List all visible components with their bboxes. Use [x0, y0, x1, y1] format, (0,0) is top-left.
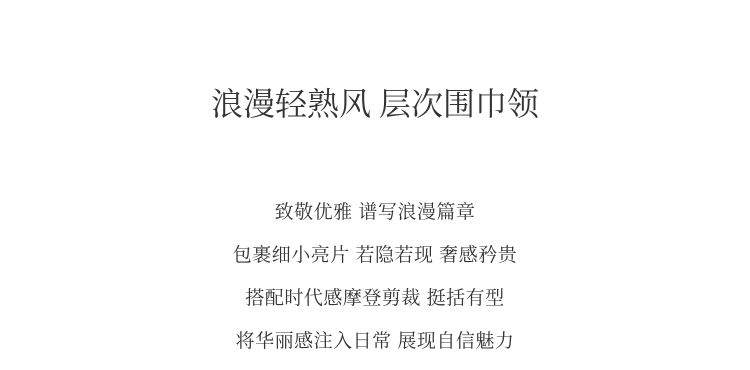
description-line: 致敬优雅 谱写浪漫篇章: [0, 191, 750, 234]
product-headline: 浪漫轻熟风 层次围巾领: [0, 84, 750, 124]
description-line: 搭配时代感摩登剪裁 挺括有型: [0, 277, 750, 320]
product-description-block: 致敬优雅 谱写浪漫篇章 包裹细小亮片 若隐若现 奢感矜贵 搭配时代感摩登剪裁 挺…: [0, 191, 750, 363]
description-line: 包裹细小亮片 若隐若现 奢感矜贵: [0, 234, 750, 277]
description-line: 将华丽感注入日常 展现自信魅力: [0, 320, 750, 363]
product-description-panel: 浪漫轻熟风 层次围巾领 致敬优雅 谱写浪漫篇章 包裹细小亮片 若隐若现 奢感矜贵…: [0, 0, 750, 370]
